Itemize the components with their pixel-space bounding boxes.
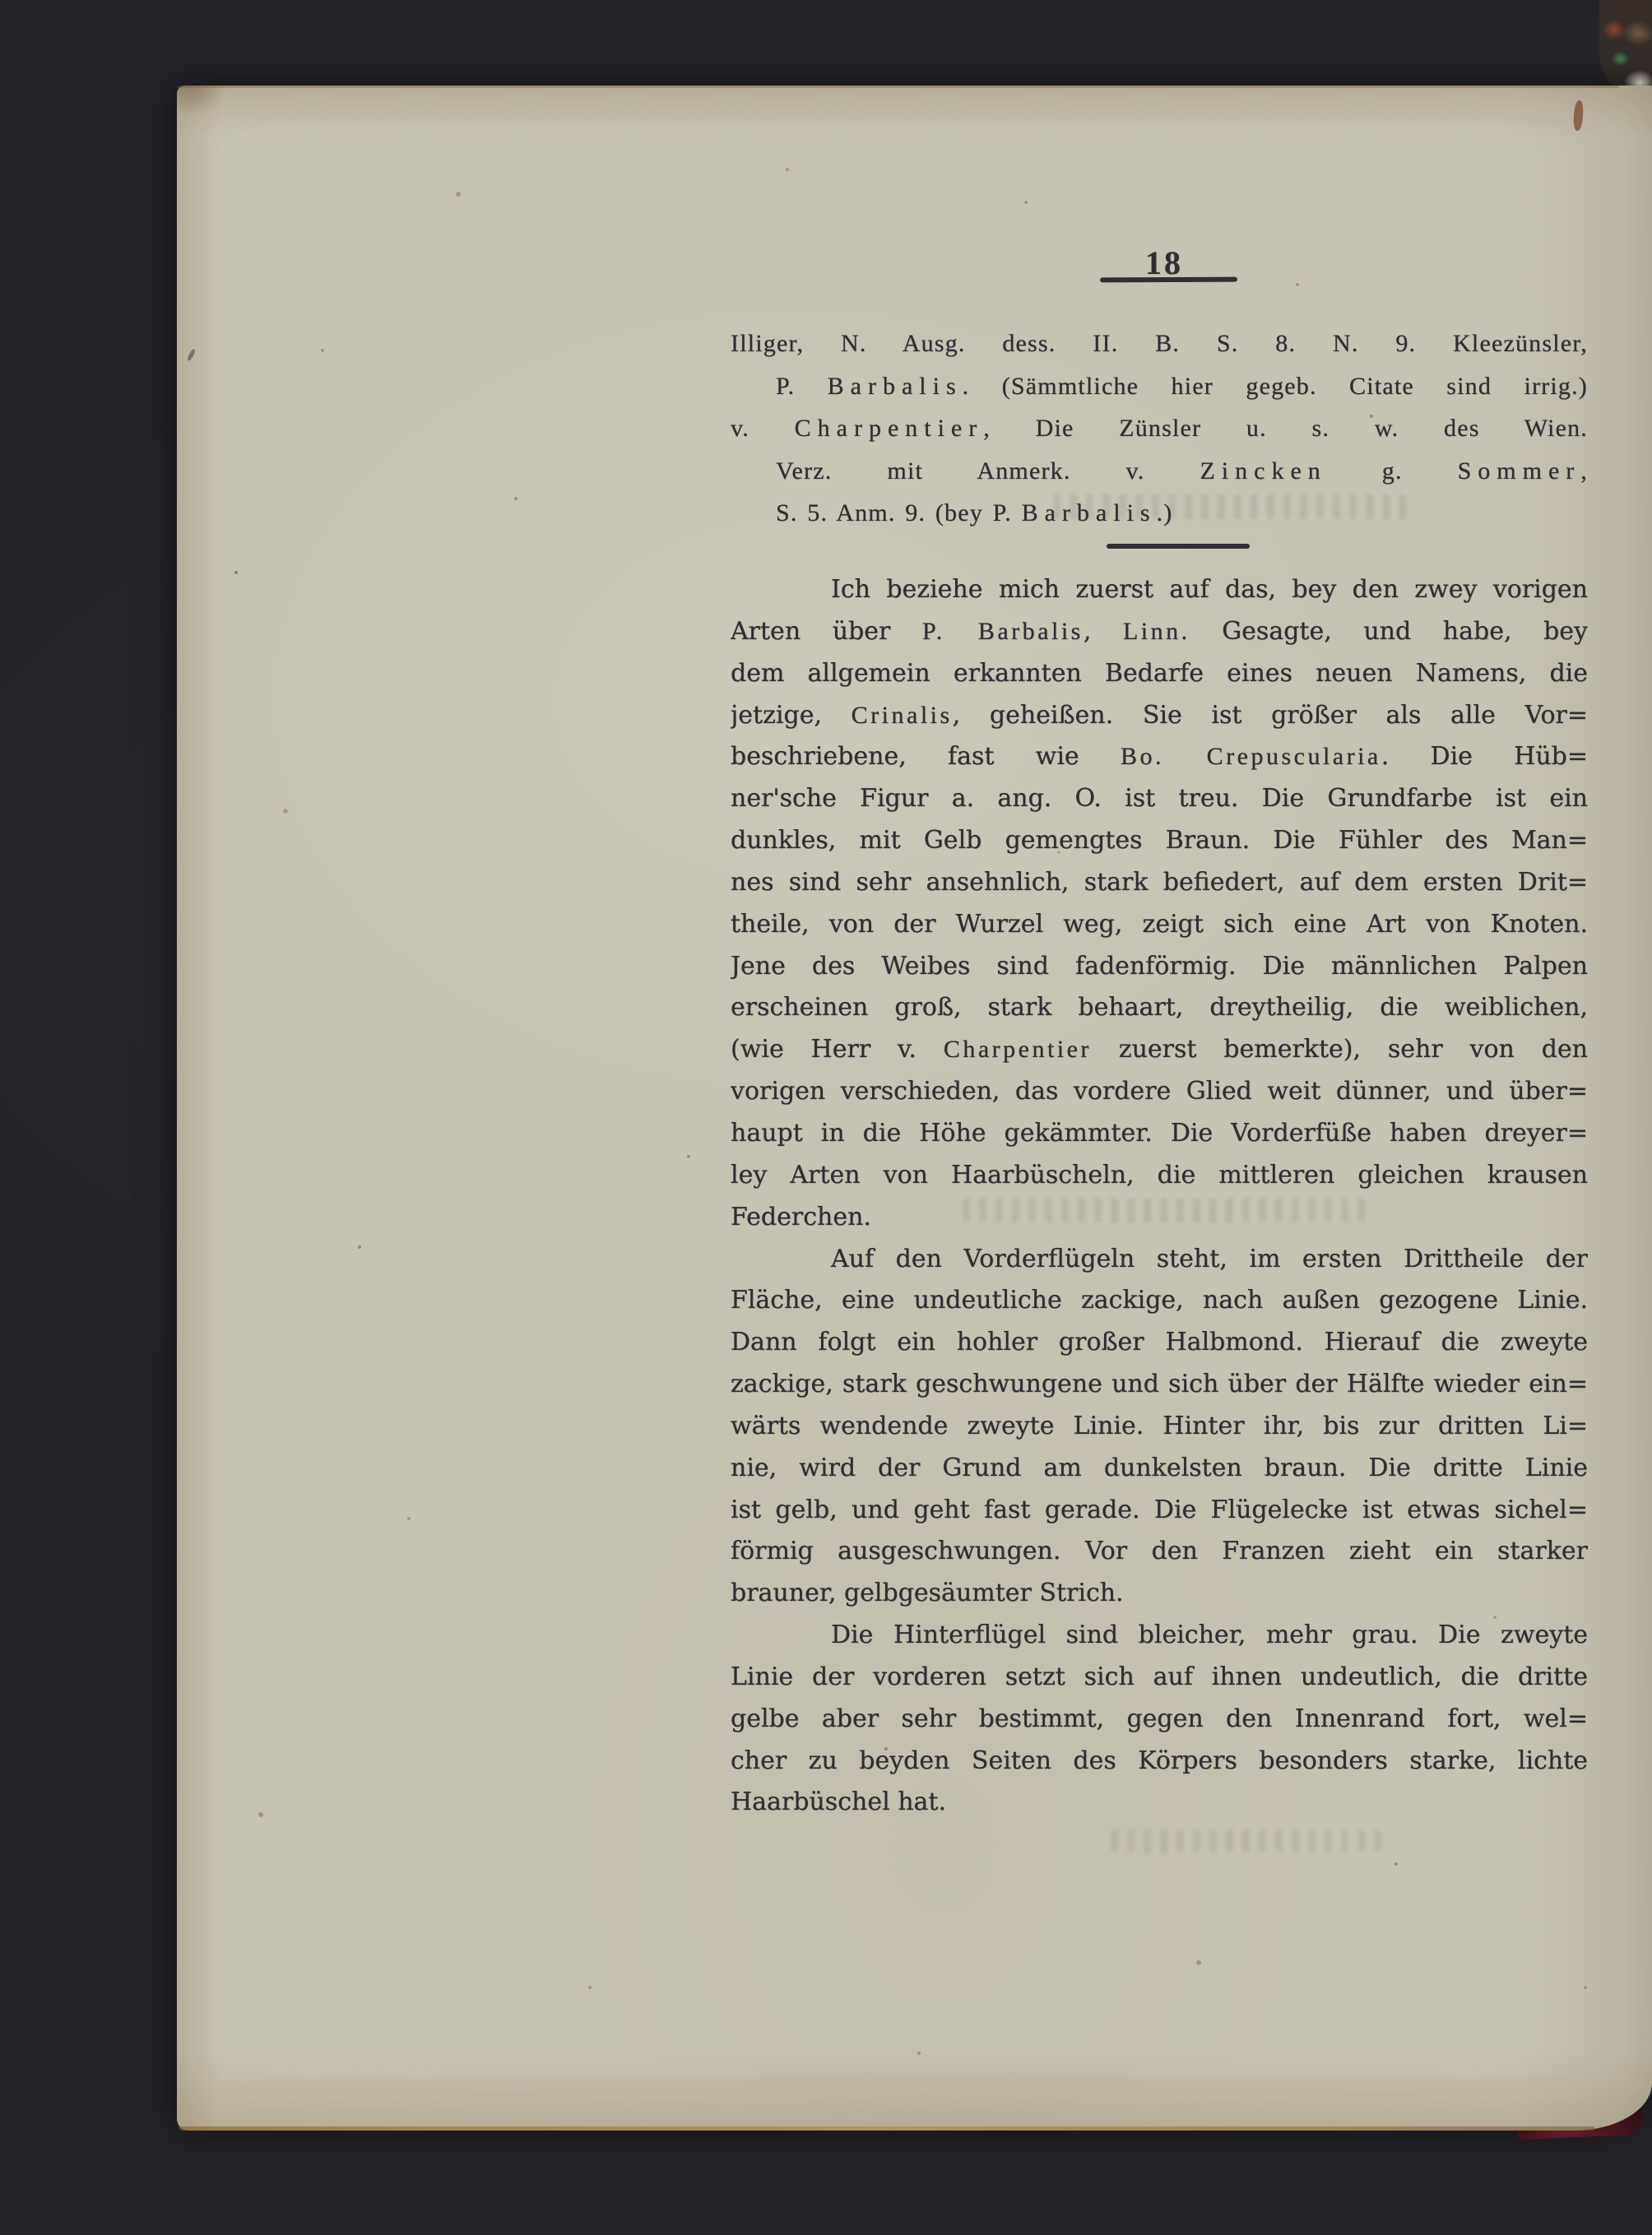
- text-line: zackige, stark geschwungene und sich übe…: [731, 1364, 1588, 1406]
- text-line: Linie der vorderen setzt sich auf ihnen …: [731, 1657, 1588, 1699]
- antiqua-term: Bo. Crepuscularia: [1121, 743, 1381, 770]
- text-line: (wie Herr v. Charpentier zuerst bemerkte…: [731, 1029, 1588, 1071]
- text-line: Arten über P. Barbalis, Linn. Gesagte, u…: [731, 611, 1588, 653]
- paper-speckles: [160, 69, 164, 72]
- citation-line: P. Barbalis. (Sämmtliche hier gegeb. Cit…: [731, 365, 1588, 408]
- citation-line: Illiger, N. Ausg. dess. II. B. S. 8. N. …: [731, 322, 1588, 365]
- binding-marbled-corner: [1599, 0, 1652, 92]
- text-line: förmig ausgeschwungen. Vor den Franzen z…: [731, 1531, 1588, 1573]
- antiqua-term: Zincken: [1200, 457, 1326, 485]
- text-line: Haarbüschel hat.: [731, 1782, 1588, 1824]
- text-line: vorigen verschieden, das vordere Glied w…: [731, 1071, 1588, 1113]
- antiqua-term: Sommer: [1458, 457, 1581, 485]
- text-line: ner'sche Figur a. ang. O. ist treu. Die …: [731, 778, 1588, 820]
- antiqua-term: Crinalis: [852, 702, 953, 729]
- text-line: dunkles, mit Gelb gemengtes Braun. Die F…: [731, 820, 1588, 862]
- citation-line: S. 5. Anm. 9. (bey P. Barbalis.): [731, 492, 1588, 535]
- text-line: beschriebene, fast wie Bo. Crepuscularia…: [731, 736, 1588, 778]
- text-line: ist gelb, und geht fast gerade. Die Flüg…: [731, 1490, 1588, 1532]
- text-line: Federchen.: [731, 1197, 1588, 1239]
- citation-line: v. Charpentier, Die Zünsler u. s. w. des…: [731, 407, 1588, 450]
- antiqua-term: Barbalis: [1022, 499, 1157, 526]
- text-line: brauner, gelbgesäumter Strich.: [731, 1573, 1588, 1615]
- text-line: gelbe aber sehr bestimmt, gegen den Inne…: [731, 1699, 1588, 1741]
- antiqua-term: Barbalis: [828, 373, 963, 400]
- show-through-ghost: [1111, 1829, 1382, 1852]
- text-line: dem allgemein erkannten Bedarfe eines ne…: [731, 653, 1588, 695]
- antiqua-term: Charpentier: [944, 1036, 1092, 1063]
- text-line: Ich beziehe mich zuerst auf das, bey den…: [731, 569, 1588, 611]
- text-line: Jene des Weibes sind fadenförmig. Die mä…: [731, 946, 1588, 988]
- text-line: Die Hinterflügel sind bleicher, mehr gra…: [731, 1615, 1588, 1657]
- citation-separator-rule: [1107, 544, 1250, 549]
- text-line: haupt in die Höhe gekämmter. Die Vorderf…: [731, 1113, 1588, 1155]
- text-line: Dann folgt ein hohler großer Halbmond. H…: [731, 1322, 1588, 1364]
- citation-block: Illiger, N. Ausg. dess. II. B. S. 8. N. …: [731, 322, 1588, 535]
- antiqua-term: Linn.: [1123, 618, 1190, 645]
- text-line: theile, von der Wurzel weg, zeigt sich e…: [731, 904, 1588, 946]
- paragraph: Die Hinterflügel sind bleicher, mehr gra…: [731, 1615, 1588, 1824]
- book-page: 18 Illiger, N. Ausg. dess. II. B. S. 8. …: [177, 86, 1652, 2131]
- text-line: Auf den Vorderflügeln steht, im ersten D…: [731, 1239, 1588, 1281]
- text-line: nes sind sehr ansehnlich, stark befieder…: [731, 862, 1588, 904]
- body-text: Ich beziehe mich zuerst auf das, bey den…: [731, 569, 1588, 1824]
- paragraph: Auf den Vorderflügeln steht, im ersten D…: [731, 1239, 1588, 1616]
- scan-background: 18 Illiger, N. Ausg. dess. II. B. S. 8. …: [0, 0, 1652, 2235]
- stain: [1573, 100, 1585, 132]
- antiqua-term: P. Barbalis: [922, 618, 1084, 645]
- text-line: erscheinen groß, stark behaart, dreythei…: [731, 987, 1588, 1029]
- paragraph: Ich beziehe mich zuerst auf das, bey den…: [731, 569, 1588, 1239]
- antiqua-term: Charpentier: [795, 415, 984, 442]
- text-line: Fläche, eine undeutliche zackige, nach a…: [731, 1280, 1588, 1322]
- text-line: nie, wird der Grund am dunkelsten braun.…: [731, 1448, 1588, 1490]
- text-line: jetzige, Crinalis, geheißen. Sie ist grö…: [731, 695, 1588, 737]
- stain: [187, 349, 196, 362]
- text-line: wärts wendende zweyte Linie. Hinter ihr,…: [731, 1406, 1588, 1448]
- page-number-rule: [1100, 277, 1237, 283]
- text-line: ley Arten von Haarbüscheln, die mittlere…: [731, 1155, 1588, 1197]
- citation-line: Verz. mit Anmerk. v. Zincken g. Sommer,: [731, 450, 1588, 493]
- text-line: cher zu beyden Seiten des Körpers besond…: [731, 1741, 1588, 1783]
